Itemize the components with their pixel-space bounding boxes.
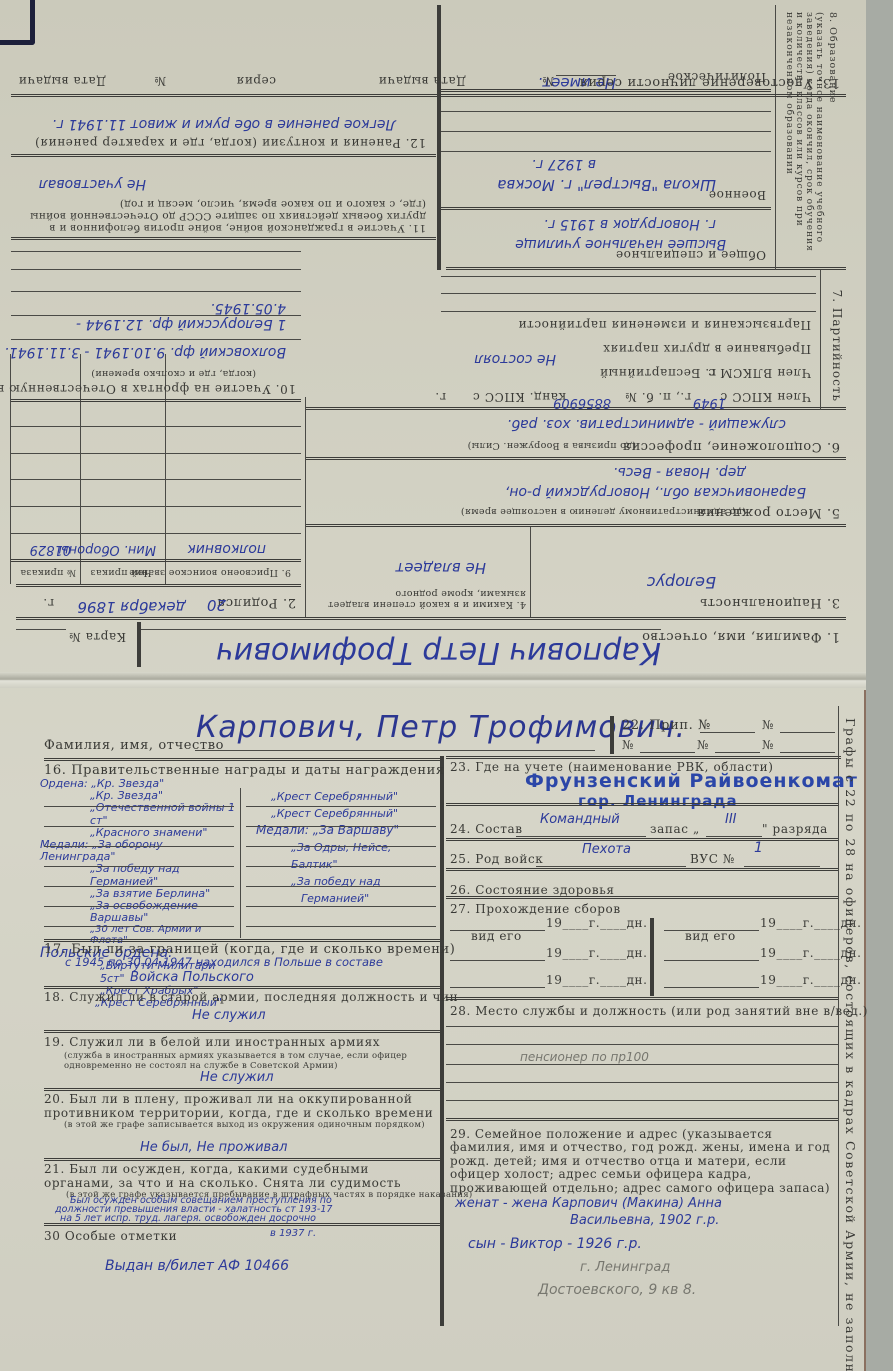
field-19-note: (служба в иностранных армиях указывается… (64, 1051, 434, 1071)
award-item: „За победу над (256, 873, 441, 890)
field-27-kind-label: вид его (685, 929, 736, 943)
field-13-series-2: серия (236, 74, 276, 88)
field-25-vus-label: ВУС № (690, 852, 735, 866)
field-13-label: 13. Удостоверение личности серия (579, 75, 840, 90)
field-7-vlksm-mid: г. Беспартийный (599, 366, 716, 380)
field-29-value-1: женат - жена Карпович (Макина) Анна (455, 1196, 722, 1211)
field-2-day: 20 (207, 596, 226, 614)
field-6-label: 6. Соцположение, профессия (622, 439, 840, 454)
field-22-number-c: № (697, 738, 709, 752)
field-25-label: 25. Род войск (450, 852, 543, 866)
field-4-label: 4. Какими и в какой степени владеет язык… (316, 588, 526, 610)
field-21-value-4: в 1937 г. (270, 1228, 316, 1239)
field-4-value: Не владеет (396, 559, 486, 577)
field-1-value: Карпович Петр Трофимович (216, 635, 661, 670)
field-18-value: Не служил (192, 1008, 266, 1023)
field-19-value: Не служил (200, 1070, 274, 1085)
field-3-label: 3. Национальность (700, 595, 840, 610)
field-7-vlksm: Член ВЛКСМ с (708, 366, 811, 380)
field-8-military-label: Военное (708, 188, 766, 202)
field-7-other-parties: Пребывание в других партиях (603, 342, 811, 356)
field-23-stamp-line-1: Фрунзенский Райвоенкомат (525, 770, 858, 792)
field-29-value-4: г. Ленинград (580, 1260, 670, 1275)
field-5-value-1: Барановичская обл., Новогрудский р-он, (505, 484, 806, 500)
field-10-label: 10. Участие на фронтах в Отечественную в… (0, 382, 296, 396)
field-7-other-value: Не состоял (474, 351, 556, 367)
field-29-label: 29. Семейное положение и адрес (указывае… (450, 1128, 838, 1195)
field-2-suffix: г. (43, 596, 54, 610)
field-7-penalties: Партвзыскания и изменения партийности (518, 318, 811, 332)
field-7-candidate-suffix: г. (435, 390, 446, 404)
field-19-label: 19. Служил ли в белой или иностранных ар… (44, 1035, 380, 1049)
field-8-military-value-2: в 1927 г. (531, 156, 596, 172)
field-10-value-1: Волховский фр. 9.10.1941 - 3.11.1941. (4, 344, 286, 360)
binder-clip (0, 0, 35, 45)
field-12-value: Легкое ранение в обе руки и живот 11.194… (52, 116, 396, 132)
field-7-kpss-mid: г., п. б. № (625, 390, 691, 404)
field-24-value: Командный (540, 812, 620, 827)
field-7-label: 7. Партийность (830, 290, 844, 402)
field-7-candidate: канд. КПСС с (472, 390, 566, 404)
field-16-label: 16. Правительственные награды и даты наг… (44, 763, 445, 778)
field-27-entry: 19____г.____дн. (546, 946, 648, 960)
award-item: „За Одры, Нейсе, Балтик" (256, 839, 441, 873)
field-27-entry: 19____г.____дн. (546, 916, 648, 930)
field-28-label: 28. Место службы и должность (или род за… (450, 1004, 868, 1018)
field-11-label: 11. Участие в гражданской войне, войне п… (16, 198, 426, 234)
field-2-label: 2. Родился (216, 595, 296, 610)
field-29-value-2: Васильевна, 1902 г.р. (570, 1213, 719, 1228)
background-edge (866, 0, 893, 1371)
field-9-order-number: 01829 (30, 542, 71, 557)
field-24-label: 24. Состав (450, 822, 523, 836)
lower-card: Фамилия, имя, отчество Карпович, Петр Тр… (0, 688, 866, 1371)
field-8-general-value-2: г. Новогрудок в 1915 г. (544, 216, 716, 232)
field-22-number-d: № (762, 738, 774, 752)
field-22-number-b: № (622, 738, 634, 752)
field-29-value-5: Достоевского, 9 кв 8. (538, 1282, 696, 1298)
field-13-date-2: Дата выдачи (18, 74, 106, 88)
field-22-number-a: № (762, 718, 774, 732)
field-13-number-2: № (154, 74, 166, 88)
award-item: „Крест Серебрянный" (256, 788, 441, 805)
field-26-label: 26. Состояние здоровья (450, 883, 615, 897)
field-8-note: (указать точное наименование учебного за… (782, 12, 824, 262)
field-3-value: Белорус (647, 573, 716, 592)
field-23-stamp-line-2: гор. Ленинграда (578, 792, 738, 810)
field-17-value-1: с 1945 по 30.04.1947 находился в Польше … (65, 955, 383, 969)
field-12-label: 12. Ранения и контузии (когда, где и хар… (34, 136, 426, 150)
award-item: Германией" (256, 890, 441, 907)
field-13-date: Дата выдачи (378, 74, 466, 88)
field-30-value: Выдан в/билет АФ 10466 (105, 1258, 289, 1274)
field-27-label: 27. Прохождение сборов (450, 902, 621, 916)
field-24-reserve-value: III (725, 812, 737, 827)
fold-crease (0, 672, 866, 688)
field-22-label: 22. Прип. № (622, 718, 711, 733)
field-28-value: пенсионер по пр100 (520, 1050, 649, 1064)
field-9-issued-by: Мин. Обороны (58, 542, 156, 557)
field-9-label: 9. Присвоено воинское звание (129, 567, 291, 578)
field-29-value-3: сын - Виктор - 1926 г.р. (468, 1236, 642, 1252)
field-27-entry: 19____г.____дн. (546, 973, 648, 987)
field-10-note: (когда, где и сколько времени) (91, 368, 256, 379)
field-9-col-order: Чей приказ (90, 567, 151, 578)
field-17-value-2: Войска Польского (130, 970, 254, 985)
field-5-value-2: дер. Новая - Весь. (613, 464, 746, 480)
field-30-label: 30 Особые отметки (44, 1229, 177, 1243)
card-number-label: Карта № (69, 630, 126, 644)
award-item: Медали: „За Варшаву" (256, 822, 441, 839)
field-9-rank: полковник (187, 541, 266, 557)
field-1-label: 1. Фамилия, имя, отчество (642, 629, 840, 644)
field-8-label: 8. Образование (827, 12, 838, 262)
field-8-military-value-1: Школа "Выстрел" г. Москва (497, 176, 716, 194)
award-item: „За победу над Германией" (40, 863, 240, 887)
field-6-value: служащий - административ. хоз. раб. (507, 416, 786, 432)
field-20-value: Не был, Не проживал (140, 1140, 287, 1155)
field-24-category: " разряда (762, 822, 828, 836)
field-2-month-year: декабря 1896 (77, 598, 186, 616)
award-item: Медали: „За оборону Ленинграда" (40, 839, 240, 863)
field-25-vus-value: 1 (754, 840, 763, 856)
field-24-reserve-label: запас „ (650, 822, 700, 836)
field-11-value: Не участвовал (39, 176, 146, 192)
field-10-value-2: 1 Белорусский фр. 12.1944 - 4.05.1945. (0, 300, 286, 332)
award-item: „Крест Серебрянный" (256, 805, 441, 822)
field-20-note: (в этой же графе записывается выход из о… (64, 1120, 434, 1130)
upper-card: 1. Фамилия, имя, отчество Карпович Петр … (0, 0, 866, 672)
field-9-col-number: № приказа (20, 567, 76, 578)
award-item: „За освобождение Варшавы" (40, 900, 240, 924)
field-7-kpss-year: 1949 (693, 395, 726, 410)
field-8-general-value-1: Высшее начальное училище (515, 236, 726, 252)
field-7-kpss: Член КПСС с (720, 390, 811, 404)
field-20-label: 20. Был ли в плену, проживал ли на оккуп… (44, 1092, 436, 1120)
field-6-note: (до призыва в Вооружен. Силы) (467, 440, 636, 451)
field-25-value: Пехота (582, 842, 631, 857)
field-13-number: № (542, 74, 554, 88)
field-27-kind-label: вид его (471, 929, 522, 943)
field-5-note: (по административному делению в настояще… (461, 506, 746, 517)
side-note: Графы с 22 по 28 на офицеров, состоящих … (843, 718, 858, 1308)
field-21-label: 21. Был ли осужден, когда, какими судебн… (44, 1162, 436, 1190)
field-18-label: 18. Служил ли в старой армии, последняя … (44, 990, 458, 1004)
